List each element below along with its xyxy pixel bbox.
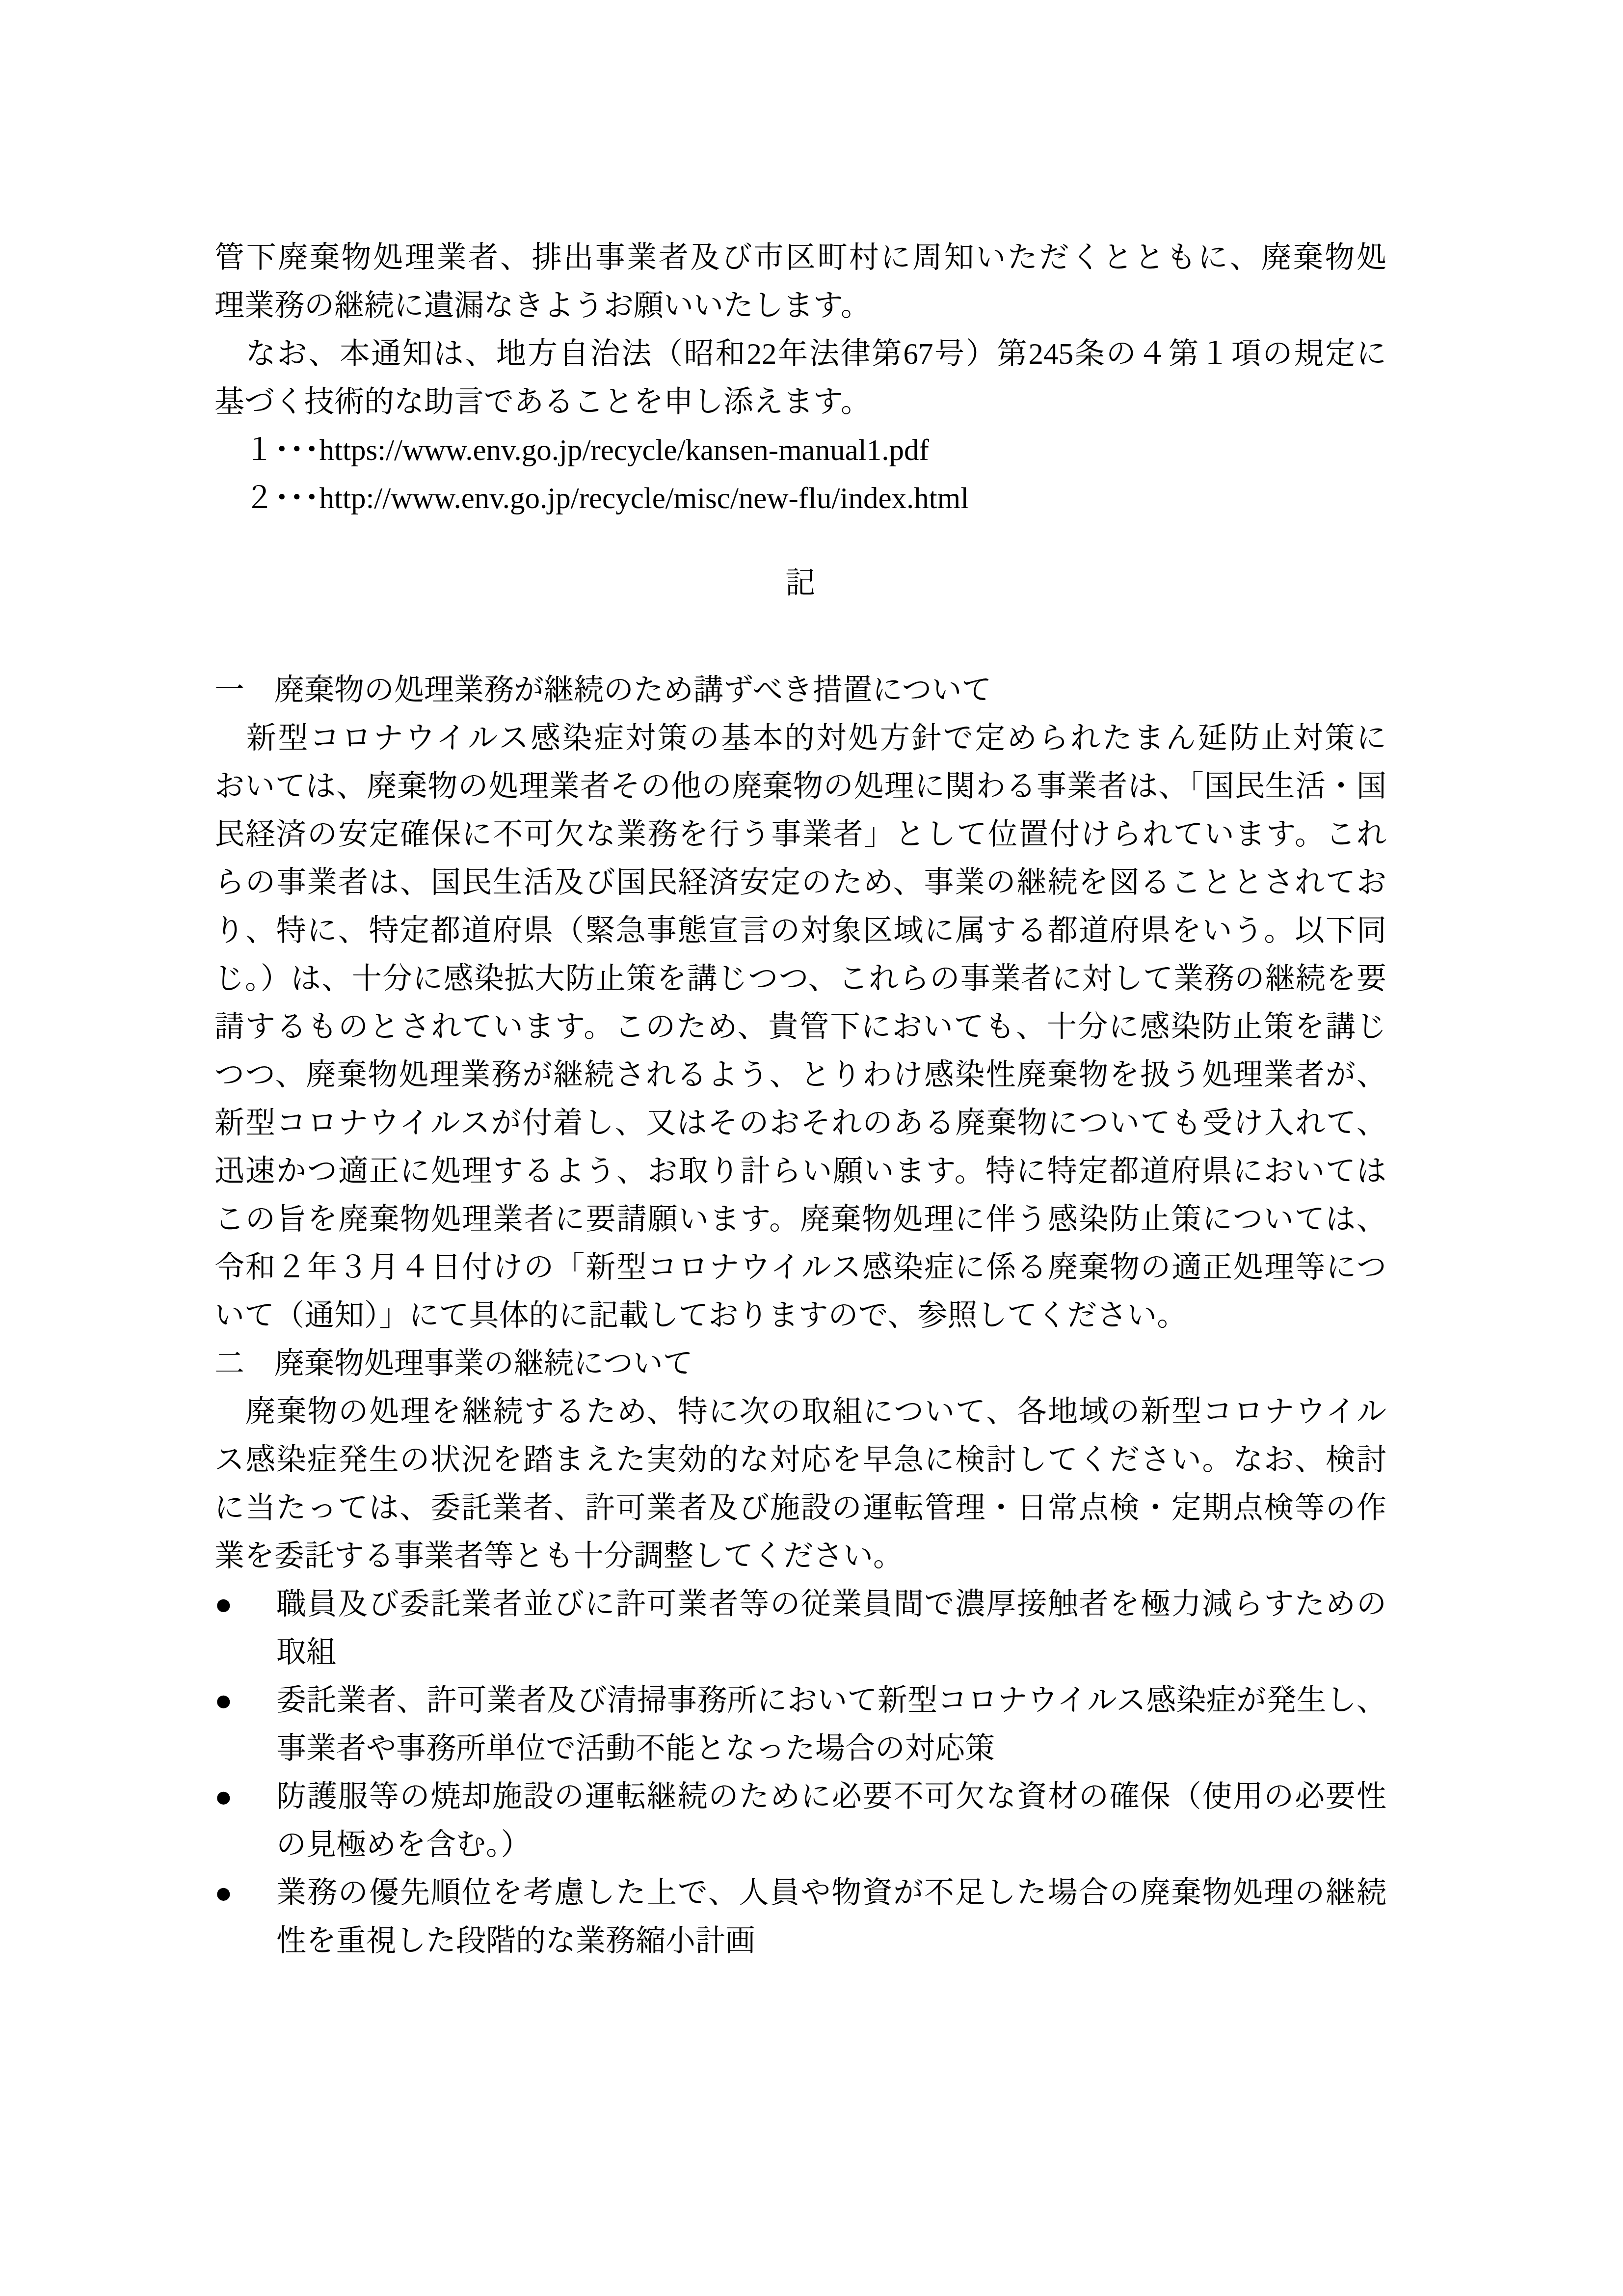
body-text-line: おいては、廃棄物の処理業者その他の廃棄物の処理に関わる事業者は、「国民生活・国 [214, 763, 1386, 811]
bullet-marker-icon: ● [214, 1869, 233, 1918]
text-column: 管下廃棄物処理業者、排出事業者及び市区町村に周知いただくとともに、廃棄物処 理業… [214, 234, 1386, 1966]
bullet-item-line: ●委託業者、許可業者及び清掃事務所において新型コロナウイルス感染症が発生し、 [214, 1677, 1386, 1725]
body-text-line: 管下廃棄物処理業者、排出事業者及び市区町村に周知いただくとともに、廃棄物処 [214, 234, 1386, 282]
bullet-item-line: ●防護服等の焼却施設の運転継続のために必要不可欠な資材の確保（使用の必要性 [214, 1773, 1386, 1821]
body-text-line: 廃棄物の処理を継続するため、特に次の取組について、各地域の新型コロナウイル [214, 1388, 1386, 1436]
body-text-line: ス感染症発生の状況を踏まえた実効的な対応を早急に検討してください。なお、検討 [214, 1436, 1386, 1485]
section-one-heading: 一 廃棄物の処理業務が継続のため講ずべき措置について [214, 667, 1386, 715]
body-text-line: 理業務の継続に遺漏なきようお願いいたします。 [214, 282, 1386, 330]
reference-url-line: １･･･https://www.env.go.jp/recycle/kansen… [214, 427, 1386, 475]
bullet-item-text: 委託業者、許可業者及び清掃事務所において新型コロナウイルス感染症が発生し、 [276, 1684, 1386, 1717]
bullet-marker-icon: ● [214, 1677, 233, 1725]
body-text-line: この旨を廃棄物処理業者に要請願います。廃棄物処理に伴う感染防止策については、 [214, 1196, 1386, 1244]
bullet-continuation-line: 取組 [214, 1629, 1386, 1677]
blank-line [214, 608, 1386, 667]
body-text-line: じ。）は、十分に感染拡大防止策を講じつつ、これらの事業者に対して業務の継続を要 [214, 955, 1386, 1003]
body-text-line: なお、本通知は、地方自治法（昭和22年法律第67号）第245条の４第１項の規定に [214, 330, 1386, 378]
bullet-item-text: 業務の優先順位を考慮した上で、人員や物資が不足した場合の廃棄物処理の継続 [276, 1877, 1386, 1910]
body-text-line: 請するものとされています。このため、貴管下においても、十分に感染防止策を講じ [214, 1003, 1386, 1052]
bullet-item-text: 防護服等の焼却施設の運転継続のために必要不可欠な資材の確保（使用の必要性 [276, 1781, 1386, 1813]
body-text-line: 新型コロナウイルスが付着し、又はそのおそれのある廃棄物についても受け入れて、 [214, 1100, 1386, 1148]
bullet-item-line: ●職員及び委託業者並びに許可業者等の従業員間で濃厚接触者を極力減らすための [214, 1581, 1386, 1629]
ki-marker: 記 [214, 560, 1386, 608]
bullet-marker-icon: ● [214, 1773, 233, 1821]
bullet-marker-icon: ● [214, 1581, 233, 1629]
body-text-line: 令和２年３月４日付けの「新型コロナウイルス感染症に係る廃棄物の適正処理等につ [214, 1244, 1386, 1292]
body-text-line: 基づく技術的な助言であることを申し添えます。 [214, 378, 1386, 427]
body-text-line: つつ、廃棄物処理業務が継続されるよう、とりわけ感染性廃棄物を扱う処理業者が、 [214, 1052, 1386, 1100]
body-text-line: 迅速かつ適正に処理するよう、お取り計らい願います。特に特定都道府県においては [214, 1148, 1386, 1196]
body-text-line: 民経済の安定確保に不可欠な業務を行う事業者」として位置付けられています。これ [214, 811, 1386, 859]
section-two-heading: 二 廃棄物処理事業の継続について [214, 1340, 1386, 1388]
blank-line [214, 523, 1386, 560]
bullet-continuation-line: の見極めを含む。） [214, 1821, 1386, 1869]
bullet-item-text: 職員及び委託業者並びに許可業者等の従業員間で濃厚接触者を極力減らすための [276, 1588, 1386, 1621]
document-page: 管下廃棄物処理業者、排出事業者及び市区町村に周知いただくとともに、廃棄物処 理業… [0, 0, 1623, 2296]
body-text-line: らの事業者は、国民生活及び国民経済安定のため、事業の継続を図ることとされてお [214, 859, 1386, 907]
body-text-line: 新型コロナウイルス感染症対策の基本的対処方針で定められたまん延防止対策に [214, 715, 1386, 763]
body-text-line: に当たっては、委託業者、許可業者及び施設の運転管理・日常点検・定期点検等の作 [214, 1485, 1386, 1533]
body-text-line: いて（通知）」にて具体的に記載しておりますので、参照してください。 [214, 1292, 1386, 1340]
bullet-item-line: ●業務の優先順位を考慮した上で、人員や物資が不足した場合の廃棄物処理の継続 [214, 1869, 1386, 1918]
body-text-line: り、特に、特定都道府県（緊急事態宣言の対象区域に属する都道府県をいう。以下同 [214, 907, 1386, 955]
bullet-continuation-line: 性を重視した段階的な業務縮小計画 [214, 1918, 1386, 1966]
reference-url-line: ２･･･http://www.env.go.jp/recycle/misc/ne… [214, 475, 1386, 523]
bullet-continuation-line: 事業者や事務所単位で活動不能となった場合の対応策 [214, 1725, 1386, 1773]
body-text-line: 業を委託する事業者等とも十分調整してください。 [214, 1533, 1386, 1581]
